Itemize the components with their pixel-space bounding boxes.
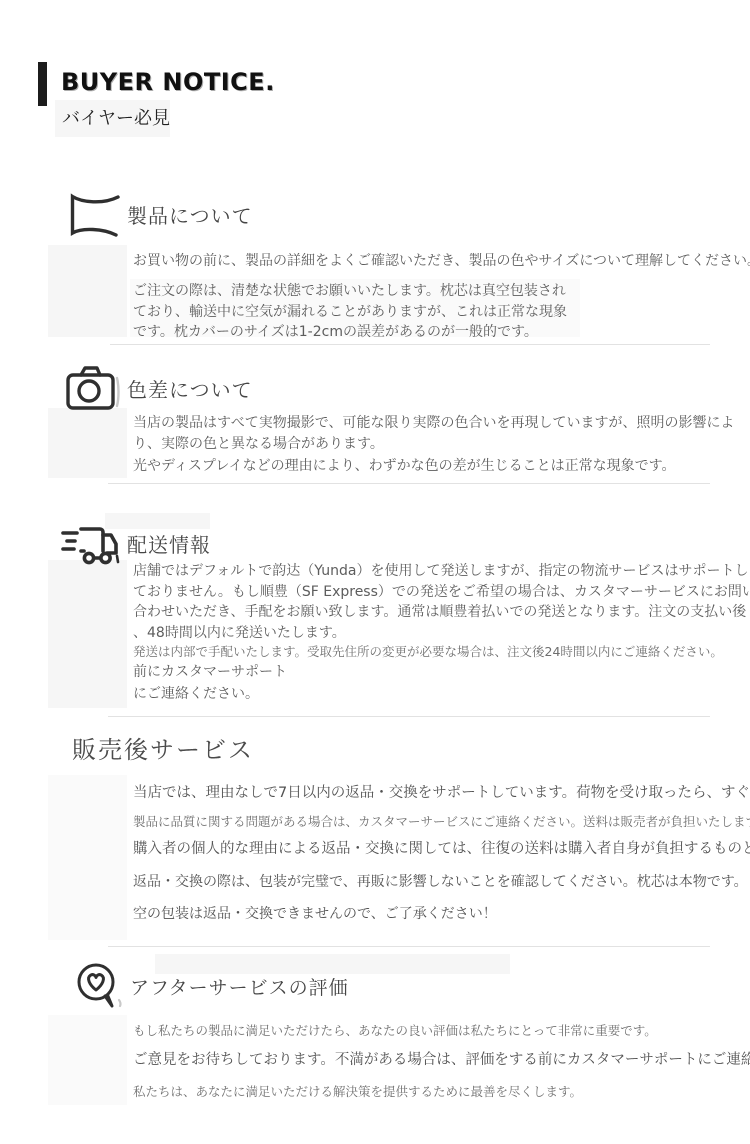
buyer-notice-page: { "colors": { "title": "#111111", "headi…: [0, 0, 750, 1144]
bg-patch: [155, 954, 510, 974]
aftersale-line4: 返品・交換の際は、包装が完璧で、再販に影響しないことを確認してください。枕芯は本…: [133, 872, 750, 893]
color-para1-text: 当店の製品はすべて実物撮影で、可能な限り実際の色合いを再現していますが、照明の影…: [133, 413, 750, 454]
section-divider: [108, 716, 710, 717]
section-heading-product: 製品について: [127, 200, 253, 229]
section-divider: [108, 946, 710, 947]
shipping-para2-text: 前にカスタマーサポート にご連絡ください。: [133, 661, 750, 705]
pillow-icon: [65, 188, 121, 242]
bg-patch: [48, 245, 127, 337]
text-line: 当店の製品はすべて実物撮影で、可能な限り実際の色合いを再現していますが、照明の影…: [133, 413, 750, 434]
accent-bar: [38, 62, 47, 106]
section-heading-aftersale: 販売後サービス: [72, 730, 254, 765]
heart-bubble-icon: [72, 960, 126, 1012]
aftersale-line1: 当店では、理由なしで7日以内の返品・交換をサポートしています。荷物を受け取ったら…: [133, 783, 750, 804]
section-divider: [110, 344, 710, 345]
truck-icon: [60, 520, 122, 572]
text-line: 店舗ではデフォルトで韵达（Yunda）を使用して発送しますが、指定の物流サービス…: [133, 561, 750, 582]
section-heading-shipping: 配送情報: [127, 529, 211, 558]
review-line2: ご意見をお待ちしております。不満がある場合は、評価をする前にカスタマーサポートに…: [133, 1050, 750, 1071]
text-line: 、48時間以内に発送いたします。: [133, 623, 750, 644]
text-line: ご注文の際は、清楚な状態でお願いいたします。枕芯は真空包装され: [133, 281, 750, 302]
page-subtitle: バイヤー必見: [62, 104, 170, 130]
shipping-para1-text: 店舗ではデフォルトで韵达（Yunda）を使用して発送しますが、指定の物流サービス…: [133, 561, 750, 643]
bg-patch: [48, 775, 127, 940]
product-note-text: ご注文の際は、清楚な状態でお願いいたします。枕芯は真空包装され ており、輸送中に…: [133, 281, 750, 343]
product-intro-text: お買い物の前に、製品の詳細をよくご確認いただき、製品の色やサイズについて理解して…: [133, 251, 750, 272]
text-line: です。枕カバーのサイズは1-2cmの誤差があるのが一般的です。: [133, 322, 750, 343]
shipping-small-note: 発送は内部で手配いたします。受取先住所の変更が必要な場合は、注文後24時間以内に…: [133, 642, 750, 663]
aftersale-line2: 製品に品質に関する問題がある場合は、カスタマーサービスにご連絡ください。送料は販…: [133, 812, 750, 833]
page-title: BUYER NOTICE.: [61, 68, 275, 96]
section-heading-review: アフターサービスの評価: [130, 973, 349, 1000]
aftersale-line5: 空の包装は返品・交換できませんので、ご了承ください！: [133, 904, 750, 925]
camera-icon: [64, 362, 122, 414]
bg-patch: [48, 408, 127, 478]
text-line: 合わせいただき、手配をお願い致します。通常は順豊着払いでの発送となります。注文の…: [133, 602, 750, 623]
text-line: 前にカスタマーサポート: [133, 661, 750, 683]
review-line1: もし私たちの製品に満足いただけたら、あなたの良い評価は私たちにとって非常に重要で…: [133, 1021, 750, 1042]
section-heading-color: 色差について: [127, 374, 253, 403]
color-para2-text: 光やディスプレイなどの理由により、わずかな色の差が生じることは正常な現象です。: [133, 456, 750, 477]
text-line: ておりません。もし順豊（SF Express）での発送をご希望の場合は、カスタマ…: [133, 582, 750, 603]
section-divider: [108, 483, 710, 484]
text-line: にご連絡ください。: [133, 683, 750, 705]
text-line: り、実際の色と異なる場合があります。: [133, 434, 750, 455]
review-line3: 私たちは、あなたに満足いただける解決策を提供するために最善を尽くします。: [133, 1082, 750, 1103]
aftersale-line3: 購入者の個人的な理由による返品・交換に関しては、往復の送料は購入者自身が負担する…: [133, 839, 750, 860]
bg-patch: [48, 1015, 127, 1105]
bg-patch: [48, 560, 127, 708]
text-line: ており、輸送中に空気が漏れることがありますが、これは正常な現象: [133, 302, 750, 323]
